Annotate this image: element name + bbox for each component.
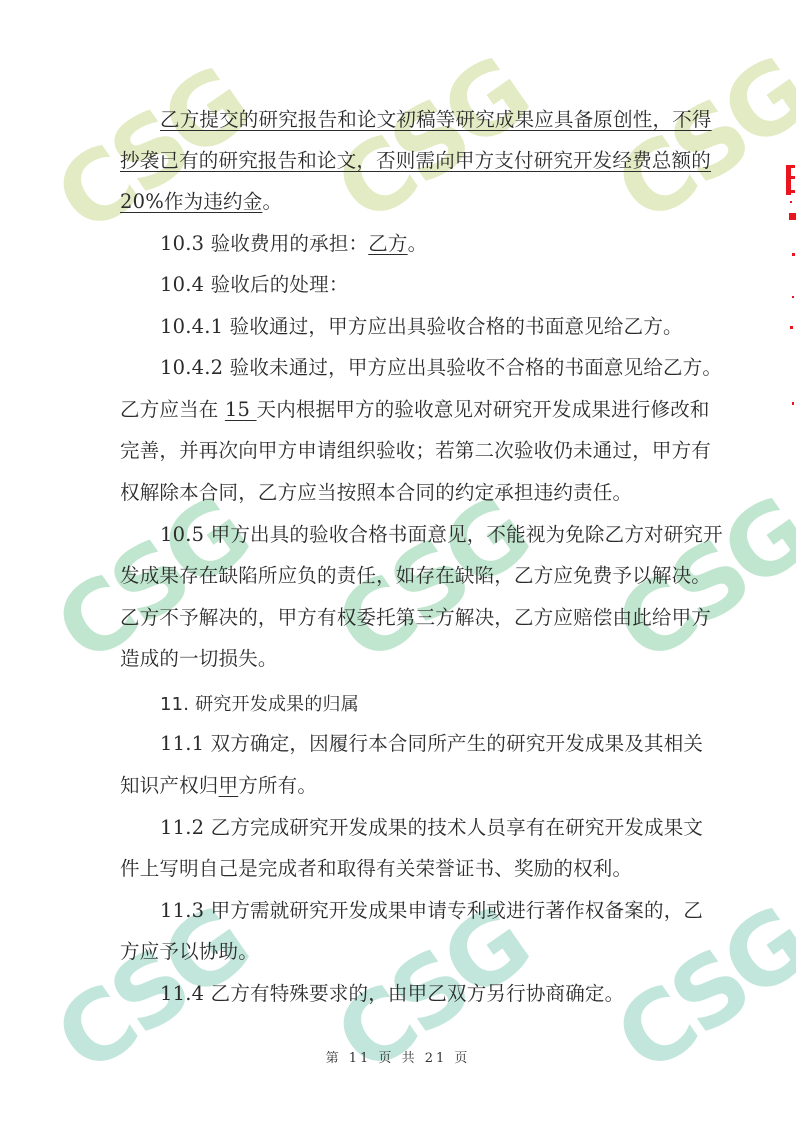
clause-text: 10.5 甲方出具的验收合格书面意见，不能视为免除乙方对研究开 [160, 523, 723, 546]
clause-11-2-line-1: 11.2 乙方完成研究开发成果的技术人员享有在研究开发成果文 [160, 816, 703, 840]
clause-text: 知识产权归 [120, 774, 219, 797]
clause-text: 乙方不予解决的，甲方有权委托第三方解决，乙方应赔偿由此给甲方 [120, 606, 711, 629]
paragraph-originality-line-2: 抄袭已有的研究报告和论文，否则需向甲方支付研究开发经费总额的 [120, 149, 711, 173]
clause-text: 件上写明自己是完成者和取得有关荣誉证书、奖励的权利。 [120, 857, 632, 880]
punctuation: 。 [262, 190, 282, 213]
clause-text: 完善，并再次向甲方申请组织验收；若第二次验收仍未通过，甲方有 [120, 439, 711, 462]
underlined-text: 抄袭已有的研究报告和论文，否则需向甲方支付研究开发经费总额的 [120, 149, 711, 172]
document-page: CSG CSG CSG CSG CSG CSG CSG CSG CSG 乙方提交… [0, 0, 796, 1130]
clause-10-5-line-2: 发成果存在缺陷所应负的责任，如存在缺陷，乙方应免费予以解决。 [120, 564, 711, 588]
clause-11-1-line-1: 11.1 双方确定，因履行本合同所产生的研究开发成果及其相关 [160, 732, 703, 756]
revision-days: 15 [225, 398, 257, 421]
underlined-text: 乙方提交的研究报告和论文初稿等研究成果应具备原创性，不得 [160, 108, 712, 131]
clause-text: 权解除本合同，乙方应当按照本合同的约定承担违约责任。 [120, 481, 632, 504]
clause-text: 天内根据甲方的验收意见对研究开发成果进行修改和 [257, 398, 710, 421]
clause-label: 10.3 验收费用的承担： [160, 232, 368, 255]
clause-11-1-line-2: 知识产权归甲方所有。 [120, 774, 317, 798]
penalty-rate: 20%作为违约金 [120, 190, 262, 213]
clause-11-4: 11.4 乙方有特殊要求的，由甲乙双方另行协商确定。 [160, 982, 624, 1006]
clause-text: 11.2 乙方完成研究开发成果的技术人员享有在研究开发成果文 [160, 816, 703, 839]
clause-10-3: 10.3 验收费用的承担：乙方。 [160, 232, 427, 256]
clause-11-3-line-1: 11.3 甲方需就研究开发成果申请专利或进行著作权备案的，乙 [160, 899, 703, 923]
clause-text: 方应予以协助。 [120, 940, 258, 963]
section-title: 11. 研究开发成果的归属 [160, 694, 359, 715]
ip-owner: 甲 [219, 774, 239, 797]
clause-text: 方所有。 [238, 774, 317, 797]
clause-text: 11.3 甲方需就研究开发成果申请专利或进行著作权备案的，乙 [160, 899, 703, 922]
clause-text: 发成果存在缺陷所应负的责任，如存在缺陷，乙方应免费予以解决。 [120, 564, 711, 587]
paragraph-originality-line-3: 20%作为违约金。 [120, 190, 282, 214]
clause-10-4-2-line-2: 乙方应当在 15 天内根据甲方的验收意见对研究开发成果进行修改和 [120, 398, 710, 422]
clause-10-5-line-4: 造成的一切损失。 [120, 647, 278, 671]
clause-text: 10.4 验收后的处理： [160, 273, 349, 296]
clause-text: 11.1 双方确定，因履行本合同所产生的研究开发成果及其相关 [160, 732, 703, 755]
clause-10-4: 10.4 验收后的处理： [160, 273, 349, 297]
clause-text: 造成的一切损失。 [120, 647, 278, 670]
clause-10-4-2-line-1: 10.4.2 验收未通过，甲方应出具验收不合格的书面意见给乙方。 [160, 356, 722, 380]
clause-text: 10.4.2 验收未通过，甲方应出具验收不合格的书面意见给乙方。 [160, 356, 722, 379]
clause-11-3-line-2: 方应予以协助。 [120, 940, 258, 964]
section-heading-11: 11. 研究开发成果的归属 [160, 693, 359, 717]
punctuation: 。 [408, 232, 428, 255]
page-number-footer: 第 11 页 共 21 页 [0, 1047, 796, 1066]
clause-text: 11.4 乙方有特殊要求的，由甲乙双方另行协商确定。 [160, 982, 624, 1005]
clause-10-4-2-line-3: 完善，并再次向甲方申请组织验收；若第二次验收仍未通过，甲方有 [120, 439, 711, 463]
clause-text: 乙方应当在 [120, 398, 225, 421]
clause-10-5-line-3: 乙方不予解决的，甲方有权委托第三方解决，乙方应赔偿由此给甲方 [120, 606, 711, 630]
clause-10-4-1: 10.4.1 验收通过，甲方应出具验收合格的书面意见给乙方。 [160, 315, 683, 339]
clause-10-5-line-1: 10.5 甲方出具的验收合格书面意见，不能视为免除乙方对研究开 [160, 523, 723, 547]
clause-11-2-line-2: 件上写明自己是完成者和取得有关荣誉证书、奖励的权利。 [120, 857, 632, 881]
fee-bearer: 乙方 [368, 232, 407, 255]
clause-text: 10.4.1 验收通过，甲方应出具验收合格的书面意见给乙方。 [160, 315, 683, 338]
paragraph-originality-line-1: 乙方提交的研究报告和论文初稿等研究成果应具备原创性，不得 [160, 108, 712, 132]
clause-10-4-2-line-4: 权解除本合同，乙方应当按照本合同的约定承担违约责任。 [120, 481, 632, 505]
